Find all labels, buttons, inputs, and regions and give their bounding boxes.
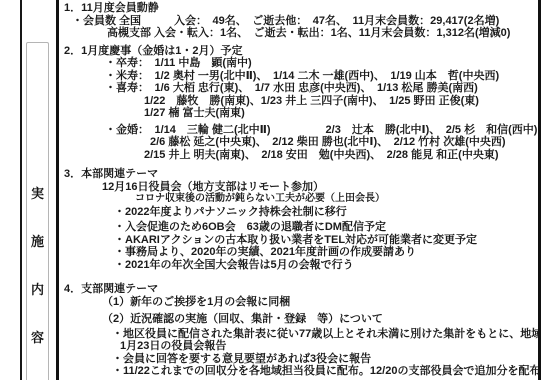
row-header-cell-jisshi-naiyo: 実施内容 (26, 42, 49, 380)
content-line: ・11/22これまでの回収分を各地域担当役員に配布。12/20の支部役員会で追加… (59, 365, 538, 378)
content-line: ・会員数 全国 入会： 49名、 ご逝去他： 47名、 11月末会員数：29,4… (59, 15, 538, 28)
content-line: 12月16日役員会（地方支部はリモート参加） (59, 181, 538, 194)
content-line: コロナ収束後の活動が鈍らない工夫が必要（上田会長） (59, 193, 538, 206)
row-header-char: 実 (31, 187, 44, 200)
content-line: 2/6 藤松 延之(中央東)、 2/12 柴田 勝也(北中Ⅰ)、 2/12 竹村… (59, 136, 538, 149)
content-line: 1．11月度会員動静 (59, 2, 538, 15)
content-line: ・地区役員に配信された集計表に従い77歳以上とそれ未満に別けた集計をもとに、地域… (59, 328, 538, 341)
content-line: 3．本部関連テーマ (59, 168, 538, 181)
content-line: （2）近況確認の実施（回収、集計・登録 等）について (59, 313, 538, 326)
content-line: 1/22 藤牧 勝(南東)、1/23 井上 三四子(南中)、 1/25 野田 正… (59, 95, 538, 108)
content-line: ・会員に回答を要する意見要望があれば3役会に報告 (59, 353, 538, 366)
content-line: ・米寿： 1/2 奥村 一男(北中Ⅱ)、 1/14 二木 一雄(西中)、 1/1… (59, 70, 538, 83)
content-line: ・2021年の年次全国大会報告は5月の会報で行う (59, 259, 538, 272)
content-line: 1/27 楠 富士夫(南東) (59, 107, 538, 120)
row-header-char: 容 (31, 331, 44, 344)
row-header-char: 内 (31, 283, 44, 296)
content-line: 1月23日の役員会報告 (59, 340, 538, 353)
content-line: 2/15 井上 明夫(南東)、 2/18 安田 勉(中央西)、 2/28 能見 … (59, 149, 538, 162)
content-line: ・事務局より、2020年の実績、2021年度計画の作成要請あり (59, 246, 538, 259)
outer-table-left-border (20, 0, 22, 380)
content-line: ・喜寿： 1/6 大栢 忠行(東)、 1/7 水田 忠彦(中央西)、 1/13 … (59, 82, 538, 95)
content-line: ・入会促進のため6OB会 63歳の退職者にDM配信予定 (59, 221, 538, 234)
content-line: 4．支部関連テーマ (59, 283, 538, 296)
content-line: ・金婚： 1/14 三輪 健二(北中Ⅱ) 2/3 辻本 勝(北中Ⅰ)、 2/5 … (59, 124, 538, 137)
document-page: 実施内容 1．11月度会員動静・会員数 全国 入会： 49名、 ご逝去他： 47… (0, 0, 554, 380)
content-line: 2．1月度慶事（金婚は1・2月）予定 (59, 45, 538, 58)
content-line: ・卒寿： 1/11 中島 顕(南中) (59, 57, 538, 70)
main-content-cell: 1．11月度会員動静・会員数 全国 入会： 49名、 ご逝去他： 47名、 11… (56, 0, 541, 380)
content-line: ・2022年度よりパナソニック持株会社制に移行 (59, 206, 538, 219)
content-line: 高槻支部 入会・転入：1名、 ご逝去・転出：1名、11月末会員数：1,312名(… (59, 27, 538, 40)
content-line: ・AKARIアクションの古本取り扱い業者をTEL対応が可能業者に変更予定 (59, 234, 538, 247)
content-line: （1）新年のご挨拶を1月の会報に同梱 (59, 296, 538, 309)
row-header-char: 施 (31, 235, 44, 248)
